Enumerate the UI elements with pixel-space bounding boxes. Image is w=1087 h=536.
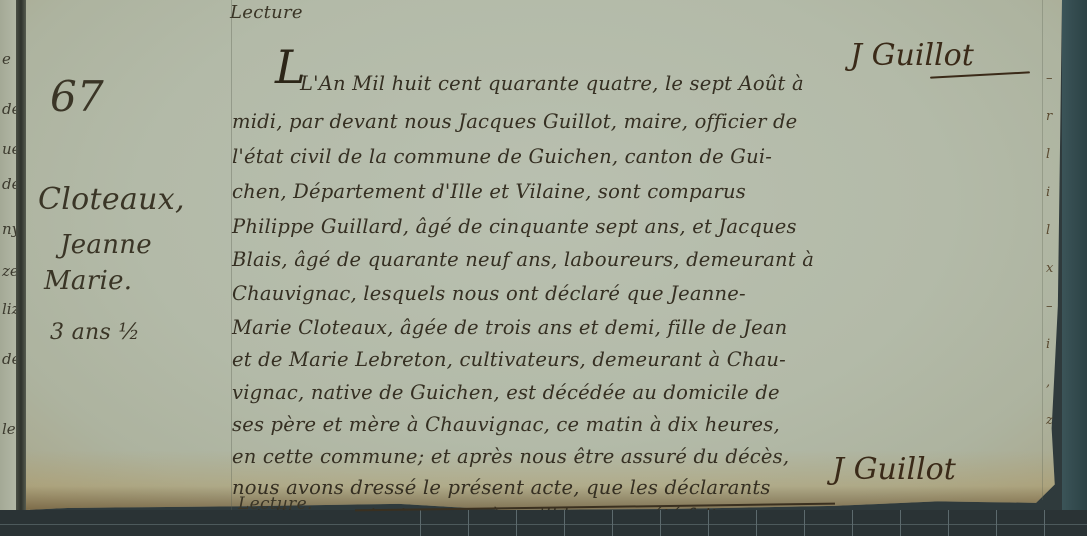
entry-number: 67 xyxy=(50,72,104,121)
right-margin-rule xyxy=(1042,0,1043,500)
body-line: Marie Cloteaux, âgée de trois ans et dem… xyxy=(232,316,787,339)
edge-mark: – xyxy=(1046,288,1053,326)
body-line: Chauvignac, lesquels nous ont déclaré qu… xyxy=(232,282,746,305)
body-line: L'An Mil huit cent quarante quatre, le s… xyxy=(300,72,804,95)
margin-given-name-1: Jeanne xyxy=(60,230,152,260)
grid-tick xyxy=(804,510,805,536)
body-line: l'état civil de la commune de Guichen, c… xyxy=(232,145,772,168)
grid-tick xyxy=(420,510,421,536)
signature-top: J Guillot xyxy=(850,38,974,73)
margin-surname: Cloteaux, xyxy=(38,182,185,217)
edge-mark: i xyxy=(1046,174,1053,212)
body-line: ses père et mère à Chauvignac, ce matin … xyxy=(232,413,780,436)
edge-mark: l xyxy=(1046,212,1053,250)
grid-tick xyxy=(1044,510,1045,536)
grid-tick xyxy=(900,510,901,536)
body-line: vignac, native de Guichen, est décédée a… xyxy=(232,381,780,404)
body-line: midi, par devant nous Jacques Guillot, m… xyxy=(232,110,797,133)
scanner-background-right xyxy=(1062,0,1087,536)
signature-text: J Guillot xyxy=(832,452,956,487)
scanner-grid-mat xyxy=(0,510,1087,536)
margin-given-name-2: Marie. xyxy=(44,266,132,296)
edge-mark: z xyxy=(1046,402,1053,440)
edge-mark: r xyxy=(1046,98,1053,136)
grid-tick xyxy=(756,510,757,536)
grid-line xyxy=(0,524,1087,525)
body-line: Philippe Guillard, âgé de cinquante sept… xyxy=(232,215,797,238)
previous-entry-lecture: Lecture xyxy=(230,2,303,23)
grid-tick xyxy=(996,510,997,536)
edge-mark: l xyxy=(1046,136,1053,174)
edge-mark: x xyxy=(1046,250,1053,288)
page-edge-marks: – r l i l x – i , z xyxy=(1046,60,1053,440)
grid-tick xyxy=(852,510,853,536)
edge-mark: – xyxy=(1046,60,1053,98)
book-gutter xyxy=(16,0,26,536)
left-page-text-fragment: le xyxy=(2,420,16,438)
grid-tick xyxy=(468,510,469,536)
grid-tick xyxy=(612,510,613,536)
body-line: Blais, âgé de quarante neuf ans, laboure… xyxy=(232,248,814,271)
lecture-closing: Lecture. xyxy=(238,494,313,514)
body-line: chen, Département d'Ille et Vilaine, son… xyxy=(232,180,746,203)
left-page-text-fragment: e xyxy=(2,50,11,68)
grid-tick xyxy=(660,510,661,536)
body-line: en cette commune; et après nous être ass… xyxy=(232,445,789,468)
edge-mark: i xyxy=(1046,326,1053,364)
body-line: et de Marie Lebreton, cultivateurs, deme… xyxy=(232,348,786,371)
grid-tick xyxy=(708,510,709,536)
grid-tick xyxy=(948,510,949,536)
signature-bottom: J Guillot xyxy=(832,452,956,487)
edge-mark: , xyxy=(1046,364,1053,402)
signature-text: J Guillot xyxy=(850,38,974,73)
margin-age: 3 ans ½ xyxy=(50,320,140,345)
grid-tick xyxy=(516,510,517,536)
grid-tick xyxy=(564,510,565,536)
